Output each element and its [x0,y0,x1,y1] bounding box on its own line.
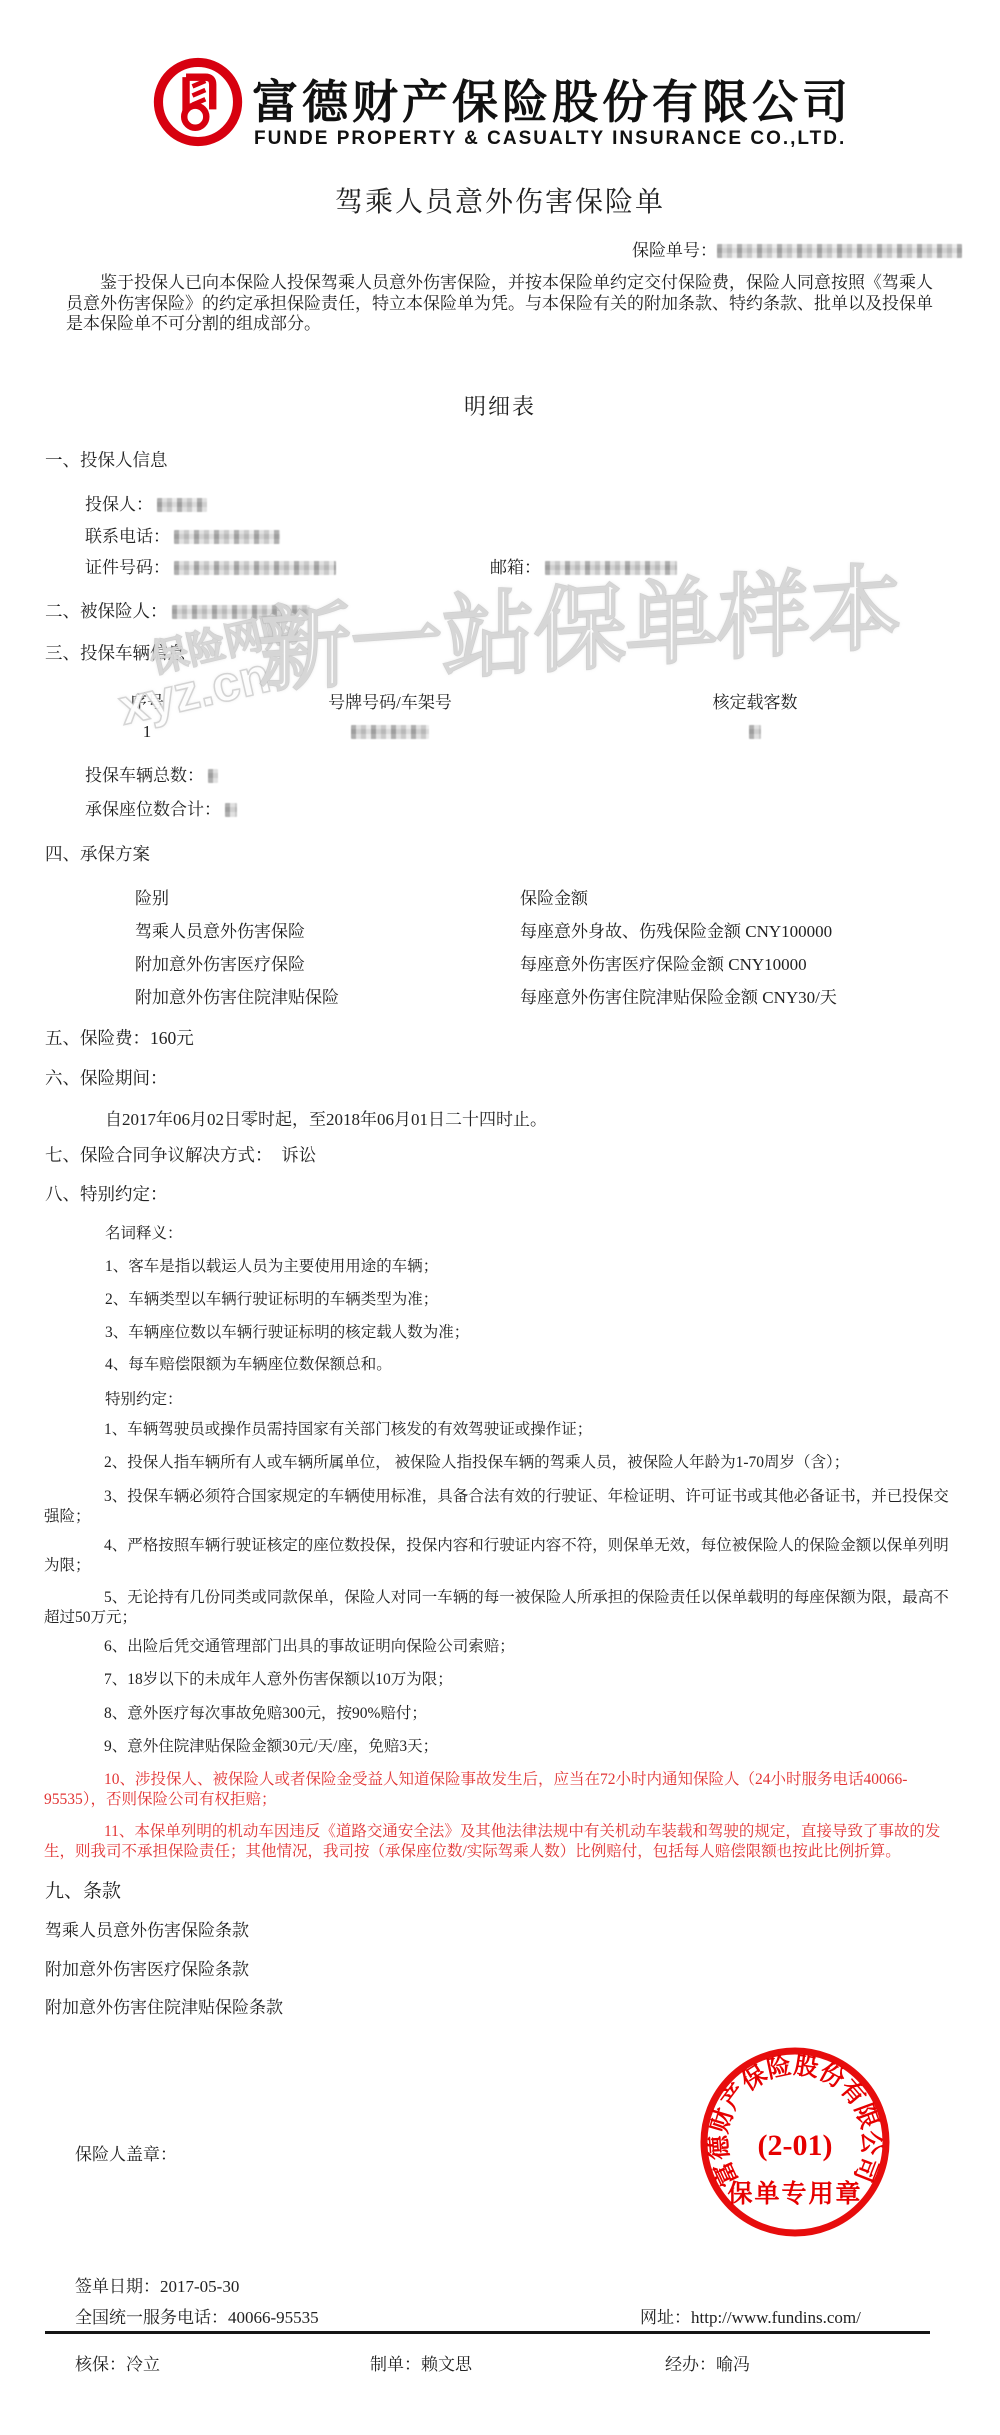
detail-table-title: 明细表 [0,390,1000,421]
company-stamp: 富德财产保险股份有限公司 (2-01) 保单专用章 [695,2042,895,2242]
footer-underwriter: 核保：冷立 [75,2350,160,2375]
clause-item: 附加意外伤害医疗保险条款 [45,1955,249,1980]
applicant-name-label: 投保人： [85,495,153,514]
vehicle-col-plate: 号牌号码/车架号 [280,688,500,713]
vehicle-total-redacted [208,769,218,783]
footer-preparer: 制单：赖文思 [370,2350,472,2375]
plan-col-amount: 保险金额 [520,884,588,909]
special-terms-title: 名词释义： [105,1221,183,1243]
applicant-id-redacted [174,561,336,575]
special-term: 1、客车是指以载运人员为主要使用用途的车辆； [105,1254,438,1276]
clause-item: 驾乘人员意外伤害保险条款 [45,1916,249,1941]
special-term: 3、车辆座位数以车辆行驶证标明的核定载人数为准； [105,1320,469,1342]
clause-item: 附加意外伤害住院津贴保险条款 [45,1993,283,2018]
insured-label: 二、被保险人： [45,601,168,621]
policy-number-label: 保险单号： [632,241,717,260]
vehicle-col-capacity: 核定载客数 [670,688,840,713]
company-name-en: FUNDE PROPERTY & CASUALTY INSURANCE CO.,… [254,128,846,150]
section-applicant-heading: 一、投保人信息 [45,447,168,472]
vehicle-row-capacity [670,722,840,742]
policy-number-row: 保险单号： [560,236,962,261]
stamp-center-text: (2-01) [758,2129,833,2162]
applicant-email-redacted [545,561,677,575]
signing-date: 签单日期：2017-05-30 [75,2272,239,2297]
applicant-phone-label: 联系电话： [85,527,170,546]
applicant-name-redacted [157,498,207,512]
vehicle-total-row: 投保车辆总数： [85,761,218,786]
vehicle-col-seq: 序号 [107,688,187,713]
special-item: 3、投保车辆必须符合国家规定的车辆使用标准，具备合法有效的行驶证、年检证明、许可… [44,1487,960,1527]
plan-row-type: 附加意外伤害医疗保险 [135,950,305,975]
intro-paragraph: 鉴于投保人已向本保险人投保驾乘人员意外伤害保险，并按本保险单约定交付保险费，保险… [66,273,938,335]
website-url: 网址：http://www.fundins.com/ [640,2303,861,2328]
plan-row-amount: 每座意外伤害医疗保险金额 CNY10000 [520,950,807,975]
section-insured-row: 二、被保险人： [45,598,310,623]
vehicle-seats-redacted [225,803,237,817]
plan-row-amount: 每座意外伤害住院津贴保险金额 CNY30/天 [520,983,837,1008]
special-item: 5、无论持有几份同类或同款保单，保险人对同一车辆的每一被保险人所承担的保险责任以… [44,1588,960,1628]
section-vehicle-heading: 三、投保车辆信息 [45,640,185,665]
special-item: 9、意外住院津贴保险金额30元/天/座，免赔3天； [44,1737,960,1757]
doc-title: 驾乘人员意外伤害保险单 [0,180,1000,220]
period-text: 自2017年06月02日零时起，至2018年06月01日二十四时止。 [105,1105,547,1130]
plan-col-type: 险别 [135,884,169,909]
insured-redacted [172,605,310,619]
section-period-heading: 六、保险期间： [45,1065,168,1090]
plan-row-type: 驾乘人员意外伤害保险 [135,917,305,942]
vehicle-capacity-redacted [749,725,761,739]
company-name-cn: 富德财产保险股份有限公司 [252,66,852,132]
insurance-policy-page: 富德财产保险股份有限公司 FUNDE PROPERTY & CASUALTY I… [0,0,1000,2435]
vehicle-seats-row: 承保座位数合计： [85,795,237,820]
special-title: 特别约定： [105,1387,183,1409]
special-item: 1、车辆驾驶员或操作员需持国家有关部门核发的有效驾驶证或操作证； [44,1420,960,1440]
section-plan-heading: 四、承保方案 [45,841,150,866]
vehicle-seats-label: 承保座位数合计： [85,800,221,819]
plan-row-type: 附加意外伤害住院津贴保险 [135,983,339,1008]
footer-divider [45,2331,930,2334]
insurer-seal-label: 保险人盖章： [75,2140,177,2165]
applicant-id-label: 证件号码： [85,558,170,577]
applicant-name-row: 投保人： [85,490,207,515]
special-item: 7、18岁以下的未成年人意外伤害保额以10万为限； [44,1670,960,1690]
policy-number-redacted [717,244,962,258]
special-item: 4、严格按照车辆行驶证核定的座位数投保，投保内容和行驶证内容不符，则保单无效，每… [44,1536,960,1576]
plan-row-amount: 每座意外身故、伤残保险金额 CNY100000 [520,917,832,942]
special-item-red: 11、本保单列明的机动车因违反《道路交通安全法》及其他法律法规中有关机动车装载和… [44,1822,960,1862]
applicant-phone-redacted [174,530,280,544]
applicant-phone-row: 联系电话： [85,522,280,547]
special-item-red: 10、涉投保人、被保险人或者保险金受益人知道保险事故发生后，应当在72小时内通知… [44,1770,960,1810]
footer-handler: 经办：喻冯 [665,2350,750,2375]
special-term: 2、车辆类型以车辆行驶证标明的车辆类型为准； [105,1287,438,1309]
applicant-id-row: 证件号码： [85,553,336,578]
section-clauses-heading: 九、条款 [45,1876,121,1903]
special-item: 2、投保人指车辆所有人或车辆所属单位， 被保险人指投保车辆的驾乘人员，被保险人年… [44,1453,960,1473]
stamp-bottom-text: 保单专用章 [727,2179,862,2208]
section-special-heading: 八、特别约定： [45,1181,168,1206]
applicant-email-row: 邮箱： [490,553,677,578]
vehicle-row-plate [280,722,500,742]
vehicle-row-seq: 1 [107,722,187,742]
section-premium: 五、保险费：160元 [45,1025,194,1050]
special-term: 4、每车赔偿限额为车辆座位数保额总和。 [105,1352,392,1374]
applicant-email-label: 邮箱： [490,558,541,577]
special-item: 6、出险后凭交通管理部门出具的事故证明向保险公司索赔； [44,1637,960,1657]
section-dispute: 七、保险合同争议解决方式： 诉讼 [45,1142,316,1167]
vehicle-plate-redacted [351,725,429,739]
vehicle-total-label: 投保车辆总数： [85,766,204,785]
service-hotline: 全国统一服务电话：40066-95535 [75,2303,319,2328]
funde-logo-icon [152,56,244,148]
special-item: 8、意外医疗每次事故免赔300元，按90%赔付； [44,1704,960,1724]
